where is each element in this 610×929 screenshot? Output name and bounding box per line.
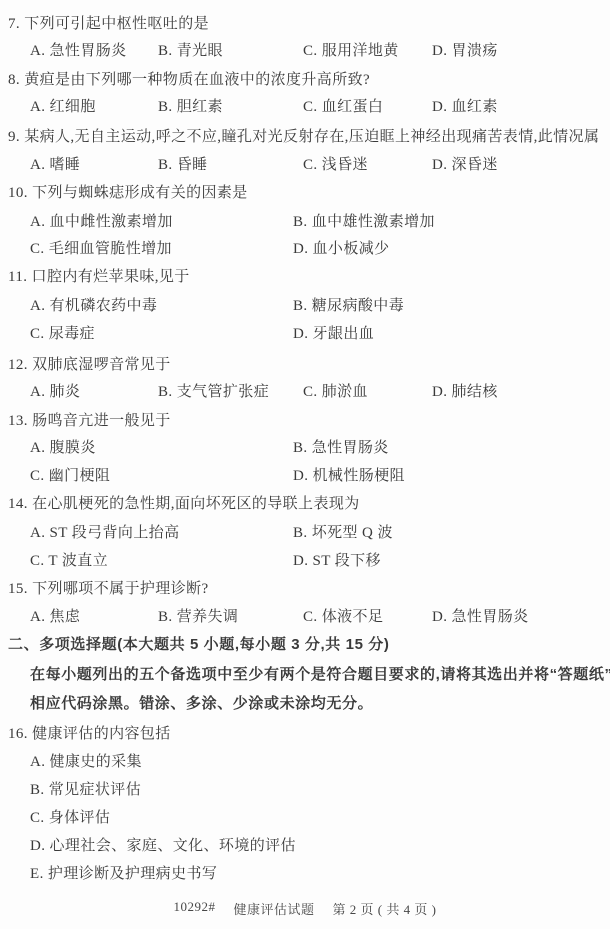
question-13-options-row-1: A. 腹膜炎 B. 急性胃肠炎 bbox=[0, 438, 610, 460]
option-c: C. T 波直立 bbox=[30, 551, 108, 571]
option-c: C. 血红蛋白 bbox=[303, 97, 383, 117]
question-12-options: A. 肺炎 B. 支气管扩张症 C. 肺淤血 D. 肺结核 bbox=[0, 382, 610, 404]
question-text: 10. 下列与蜘蛛痣形成有关的因素是 bbox=[8, 183, 248, 203]
question-13-options-row-2: C. 幽门梗阻 D. 机械性肠梗阻 bbox=[0, 466, 610, 488]
option-b: B. 血中雄性激素增加 bbox=[293, 212, 435, 232]
question-8-stem: 8. 黄疸是由下列哪一种物质在血液中的浓度升高所致? bbox=[0, 70, 610, 92]
question-10-stem: 10. 下列与蜘蛛痣形成有关的因素是 bbox=[0, 183, 610, 205]
question-16-option-b: B. 常见症状评估 bbox=[0, 780, 610, 802]
option-b: B. 支气管扩张症 bbox=[158, 382, 269, 402]
paper-title: 健康评估试题 bbox=[234, 899, 315, 918]
question-16-option-a: A. 健康史的采集 bbox=[0, 752, 610, 774]
option-b: B. 常见症状评估 bbox=[30, 780, 141, 800]
question-11-options-row-1: A. 有机磷农药中毒 B. 糖尿病酸中毒 bbox=[0, 296, 610, 318]
question-text: 7. 下列可引起中枢性呕吐的是 bbox=[8, 14, 209, 34]
option-a: A. ST 段弓背向上抬高 bbox=[30, 523, 180, 543]
option-d: D. 心理社会、家庭、文化、环境的评估 bbox=[30, 836, 296, 856]
option-c: C. 浅昏迷 bbox=[303, 155, 368, 175]
question-text: 15. 下列哪项不属于护理诊断? bbox=[8, 579, 209, 599]
option-b: B. 急性胃肠炎 bbox=[293, 438, 389, 458]
question-9-stem: 9. 某病人,无自主运动,呼之不应,瞳孔对光反射存在,压迫眶上神经出现痛苦表情,… bbox=[0, 127, 610, 149]
section-heading-text: 二、多项选择题(本大题共 5 小题,每小题 3 分,共 15 分) bbox=[8, 635, 390, 655]
section-two-heading: 二、多项选择题(本大题共 5 小题,每小题 3 分,共 15 分) bbox=[0, 635, 610, 657]
option-d: D. 深昏迷 bbox=[432, 155, 498, 175]
question-12-stem: 12. 双肺底湿啰音常见于 bbox=[0, 355, 610, 377]
question-text: 14. 在心肌梗死的急性期,面向坏死区的导联上表现为 bbox=[8, 494, 360, 514]
option-d: D. 肺结核 bbox=[432, 382, 498, 402]
option-b: B. 昏睡 bbox=[158, 155, 208, 175]
question-text: 12. 双肺底湿啰音常见于 bbox=[8, 355, 171, 375]
question-14-options-row-2: C. T 波直立 D. ST 段下移 bbox=[0, 551, 610, 573]
question-9-options: A. 嗜睡 B. 昏睡 C. 浅昏迷 D. 深昏迷 bbox=[0, 155, 610, 177]
question-text: 8. 黄疸是由下列哪一种物质在血液中的浓度升高所致? bbox=[8, 70, 370, 90]
option-d: D. 急性胃肠炎 bbox=[432, 607, 529, 627]
page-indicator: 第 2 页 ( 共 4 页 ) bbox=[333, 899, 437, 918]
option-a: A. 血中雌性激素增加 bbox=[30, 212, 173, 232]
option-b: B. 营养失调 bbox=[158, 607, 238, 627]
option-d: D. 血红素 bbox=[432, 97, 498, 117]
option-c: C. 体液不足 bbox=[303, 607, 383, 627]
question-14-options-row-1: A. ST 段弓背向上抬高 B. 坏死型 Q 波 bbox=[0, 523, 610, 545]
question-13-stem: 13. 肠鸣音亢进一般见于 bbox=[0, 411, 610, 433]
question-text: 11. 口腔内有烂苹果味,见于 bbox=[8, 267, 190, 287]
question-7-stem: 7. 下列可引起中枢性呕吐的是 bbox=[0, 14, 610, 36]
question-10-options-row-2: C. 毛细血管脆性增加 D. 血小板减少 bbox=[0, 239, 610, 261]
section-two-instructions-line-1: 在每小题列出的五个备选项中至少有两个是符合题目要求的,请将其选出并将“答题纸”的 bbox=[0, 665, 610, 687]
option-e: E. 护理诊断及护理病史书写 bbox=[30, 864, 217, 884]
question-10-options-row-1: A. 血中雌性激素增加 B. 血中雄性激素增加 bbox=[0, 212, 610, 234]
option-a: A. 健康史的采集 bbox=[30, 752, 142, 772]
exam-paper-page: 7. 下列可引起中枢性呕吐的是 A. 急性胃肠炎 B. 青光眼 C. 服用洋地黄… bbox=[0, 0, 610, 929]
option-c: C. 尿毒症 bbox=[30, 324, 95, 344]
option-a: A. 嗜睡 bbox=[30, 155, 80, 175]
option-a: A. 肺炎 bbox=[30, 382, 80, 402]
option-c: C. 肺淤血 bbox=[303, 382, 368, 402]
option-d: D. 牙龈出血 bbox=[293, 324, 374, 344]
instructions-text: 相应代码涂黑。错涂、多涂、少涂或未涂均无分。 bbox=[30, 694, 373, 714]
option-c: C. 幽门梗阻 bbox=[30, 466, 110, 486]
question-7-options: A. 急性胃肠炎 B. 青光眼 C. 服用洋地黄 D. 胃溃疡 bbox=[0, 41, 610, 63]
option-a: A. 急性胃肠炎 bbox=[30, 41, 127, 61]
option-a: A. 红细胞 bbox=[30, 97, 96, 117]
question-16-stem: 16. 健康评估的内容包括 bbox=[0, 724, 610, 746]
question-8-options: A. 红细胞 B. 胆红素 C. 血红蛋白 D. 血红素 bbox=[0, 97, 610, 119]
option-b: B. 坏死型 Q 波 bbox=[293, 523, 393, 543]
question-11-stem: 11. 口腔内有烂苹果味,见于 bbox=[0, 267, 610, 289]
question-16-option-e: E. 护理诊断及护理病史书写 bbox=[0, 864, 610, 886]
page-footer: 10292# 健康评估试题 第 2 页 ( 共 4 页 ) bbox=[0, 899, 610, 918]
question-text: 13. 肠鸣音亢进一般见于 bbox=[8, 411, 171, 431]
question-15-stem: 15. 下列哪项不属于护理诊断? bbox=[0, 579, 610, 601]
question-15-options: A. 焦虑 B. 营养失调 C. 体液不足 D. 急性胃肠炎 bbox=[0, 607, 610, 629]
option-d: D. 机械性肠梗阻 bbox=[293, 466, 405, 486]
paper-code: 10292# bbox=[174, 899, 216, 918]
instructions-text: 在每小题列出的五个备选项中至少有两个是符合题目要求的,请将其选出并将“答题纸”的 bbox=[30, 665, 610, 685]
question-11-options-row-2: C. 尿毒症 D. 牙龈出血 bbox=[0, 324, 610, 346]
question-16-option-d: D. 心理社会、家庭、文化、环境的评估 bbox=[0, 836, 610, 858]
option-a: A. 有机磷农药中毒 bbox=[30, 296, 157, 316]
question-16-option-c: C. 身体评估 bbox=[0, 808, 610, 830]
option-a: A. 焦虑 bbox=[30, 607, 80, 627]
option-a: A. 腹膜炎 bbox=[30, 438, 96, 458]
option-c: C. 服用洋地黄 bbox=[303, 41, 399, 61]
question-text: 9. 某病人,无自主运动,呼之不应,瞳孔对光反射存在,压迫眶上神经出现痛苦表情,… bbox=[8, 127, 599, 147]
question-14-stem: 14. 在心肌梗死的急性期,面向坏死区的导联上表现为 bbox=[0, 494, 610, 516]
option-d: D. 血小板减少 bbox=[293, 239, 390, 259]
option-d: D. ST 段下移 bbox=[293, 551, 381, 571]
section-two-instructions-line-2: 相应代码涂黑。错涂、多涂、少涂或未涂均无分。 bbox=[0, 694, 610, 716]
option-b: B. 青光眼 bbox=[158, 41, 223, 61]
option-b: B. 胆红素 bbox=[158, 97, 223, 117]
option-c: C. 身体评估 bbox=[30, 808, 110, 828]
option-d: D. 胃溃疡 bbox=[432, 41, 498, 61]
option-c: C. 毛细血管脆性增加 bbox=[30, 239, 172, 259]
option-b: B. 糖尿病酸中毒 bbox=[293, 296, 404, 316]
question-text: 16. 健康评估的内容包括 bbox=[8, 724, 171, 744]
